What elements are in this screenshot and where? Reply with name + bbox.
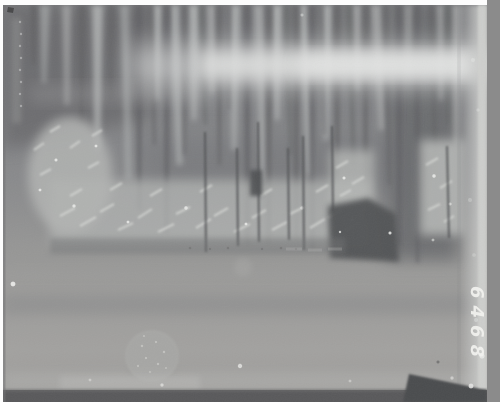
archival-photograph: 6468 [0, 0, 500, 402]
film-grain [3, 5, 487, 402]
catalog-number: 6468 [466, 286, 487, 364]
photo-mount: 6468 [0, 0, 500, 402]
scan-background-strip [487, 0, 500, 402]
photo-emulsion: 6468 [3, 5, 487, 402]
